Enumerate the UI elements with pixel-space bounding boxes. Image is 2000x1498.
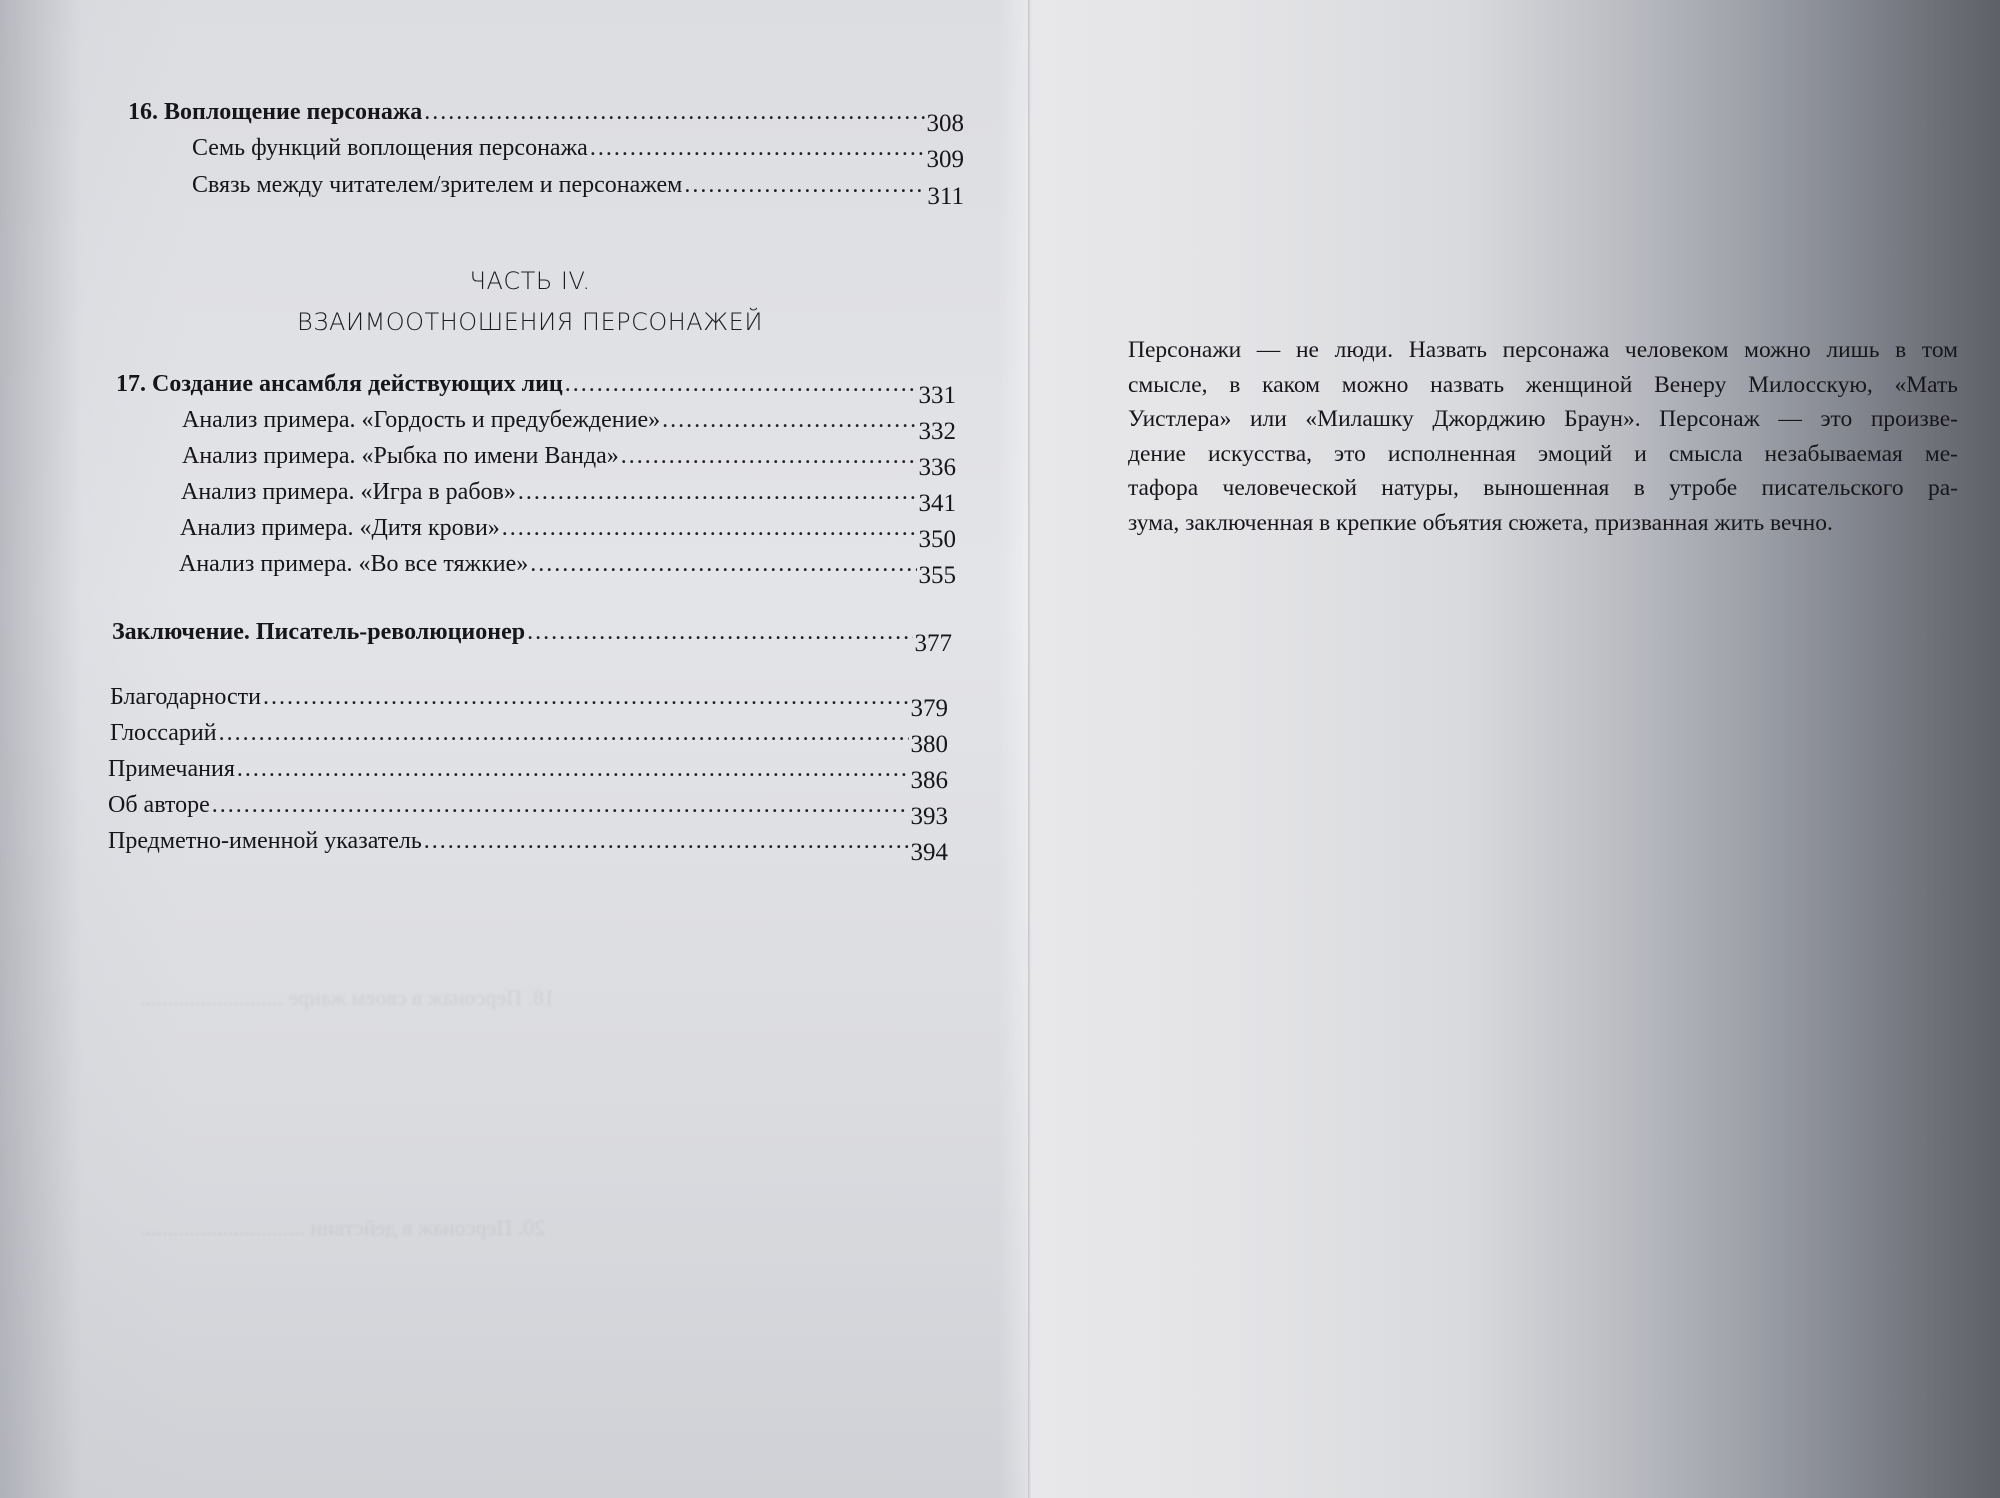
dot-leader bbox=[518, 477, 917, 507]
toc-entry-conclusion[interactable]: Заключение. Писатель-революционер 377 bbox=[112, 617, 952, 647]
dot-leader bbox=[219, 718, 909, 748]
dot-leader bbox=[590, 133, 925, 163]
toc-entry-glossary[interactable]: Глоссарий 380 bbox=[110, 718, 948, 748]
part-title: ВЗАИМООТНОШЕНИЯ ПЕРСОНАЖЕЙ bbox=[280, 304, 780, 340]
toc-entry-title: Благодарности bbox=[110, 682, 261, 712]
dot-leader bbox=[502, 513, 917, 543]
toc-entry-section[interactable]: Анализ примера. «Гордость и предубеждени… bbox=[182, 405, 956, 435]
toc-entry-chapter-16[interactable]: 16. Воплощение персонажа 308 bbox=[128, 97, 964, 127]
dot-leader bbox=[424, 826, 909, 856]
toc-entry-index[interactable]: Предметно-именной указатель 394 bbox=[108, 826, 948, 856]
toc-entry-title: 16. Воплощение персонажа bbox=[128, 97, 422, 127]
dot-leader bbox=[527, 617, 912, 647]
toc-entry-title: Анализ примера. «Игра в рабов» bbox=[181, 477, 516, 507]
dot-leader bbox=[212, 790, 909, 820]
dot-leader bbox=[424, 97, 924, 127]
toc-entry-notes[interactable]: Примечания 386 bbox=[108, 754, 948, 784]
dot-leader bbox=[684, 170, 925, 200]
epigraph-line: дение искусства, это исполненная эмоций … bbox=[1128, 437, 1958, 472]
toc-entry-about-author[interactable]: Об авторе 393 bbox=[108, 790, 948, 820]
toc-entry-title: Анализ примера. «Во все тяжкие» bbox=[179, 549, 528, 579]
dot-leader bbox=[263, 682, 909, 712]
toc-entry-title: Анализ примера. «Рыбка по имени Ванда» bbox=[182, 441, 619, 471]
toc-entry-title: Заключение. Писатель-революционер bbox=[112, 617, 525, 647]
epigraph-line: смысле, в каком можно назвать женщиной В… bbox=[1128, 368, 1958, 403]
toc-entry-title: Глоссарий bbox=[110, 718, 217, 748]
epigraph-line: зума, заключенная в крепкие объятия сюже… bbox=[1128, 506, 1958, 541]
epigraph-line: Уистлера» или «Милашку Джорджию Браун». … bbox=[1128, 402, 1958, 437]
toc-entry-title: Примечания bbox=[108, 754, 235, 784]
toc-entry-title: 17. Создание ансамбля действующих лиц bbox=[116, 369, 563, 399]
dot-leader bbox=[621, 441, 917, 471]
epigraph-line: тафора человеческой натуры, выношенная в… bbox=[1128, 471, 1958, 506]
toc-entry-section[interactable]: Анализ примера. «Рыбка по имени Ванда» 3… bbox=[182, 441, 956, 471]
toc-entry-chapter-17[interactable]: 17. Создание ансамбля действующих лиц 33… bbox=[116, 369, 956, 399]
toc-entry-section[interactable]: Связь между читателем/зрителем и персона… bbox=[192, 170, 964, 200]
dot-leader bbox=[565, 369, 917, 399]
toc-entry-section[interactable]: Анализ примера. «Игра в рабов» 341 bbox=[181, 477, 956, 507]
toc-entry-page: 355 bbox=[919, 561, 957, 591]
toc-entry-section[interactable]: Анализ примера. «Дитя крови» 350 bbox=[180, 513, 956, 543]
toc-entry-title: Анализ примера. «Дитя крови» bbox=[180, 513, 500, 543]
epigraph-line: Персонажи — не люди. Назвать персонажа ч… bbox=[1128, 333, 1958, 368]
epigraph-paragraph: Персонажи — не люди. Назвать персонажа ч… bbox=[1128, 333, 1958, 540]
dot-leader bbox=[530, 549, 916, 579]
toc-entry-page: 377 bbox=[915, 629, 953, 659]
toc-entry-title: Семь функций воплощения персонажа bbox=[192, 133, 588, 163]
toc-entry-acknowledgements[interactable]: Благодарности 379 bbox=[110, 682, 948, 712]
dot-leader bbox=[237, 754, 909, 784]
toc-entry-section[interactable]: Семь функций воплощения персонажа 309 bbox=[192, 133, 964, 163]
book-spread: 18. Персонаж в своем жанре .............… bbox=[0, 0, 2000, 1498]
toc-entry-page: 311 bbox=[927, 182, 964, 212]
toc-entry-title: Связь между читателем/зрителем и персона… bbox=[192, 170, 682, 200]
toc-entry-title: Предметно-именной указатель bbox=[108, 826, 422, 856]
dot-leader bbox=[662, 405, 916, 435]
table-of-contents: 16. Воплощение персонажа 308 Семь функци… bbox=[0, 0, 1028, 1498]
toc-entry-title: Об авторе bbox=[108, 790, 210, 820]
right-page bbox=[1028, 0, 2000, 1498]
toc-entry-section[interactable]: Анализ примера. «Во все тяжкие» 355 bbox=[179, 549, 956, 579]
toc-entry-page: 394 bbox=[911, 838, 949, 868]
toc-entry-title: Анализ примера. «Гордость и предубеждени… bbox=[182, 405, 660, 435]
part-label: ЧАСТЬ IV. bbox=[280, 266, 780, 296]
left-page: 18. Персонаж в своем жанре .............… bbox=[0, 0, 1028, 1498]
part-heading: ЧАСТЬ IV. ВЗАИМООТНОШЕНИЯ ПЕРСОНАЖЕЙ bbox=[280, 266, 780, 340]
